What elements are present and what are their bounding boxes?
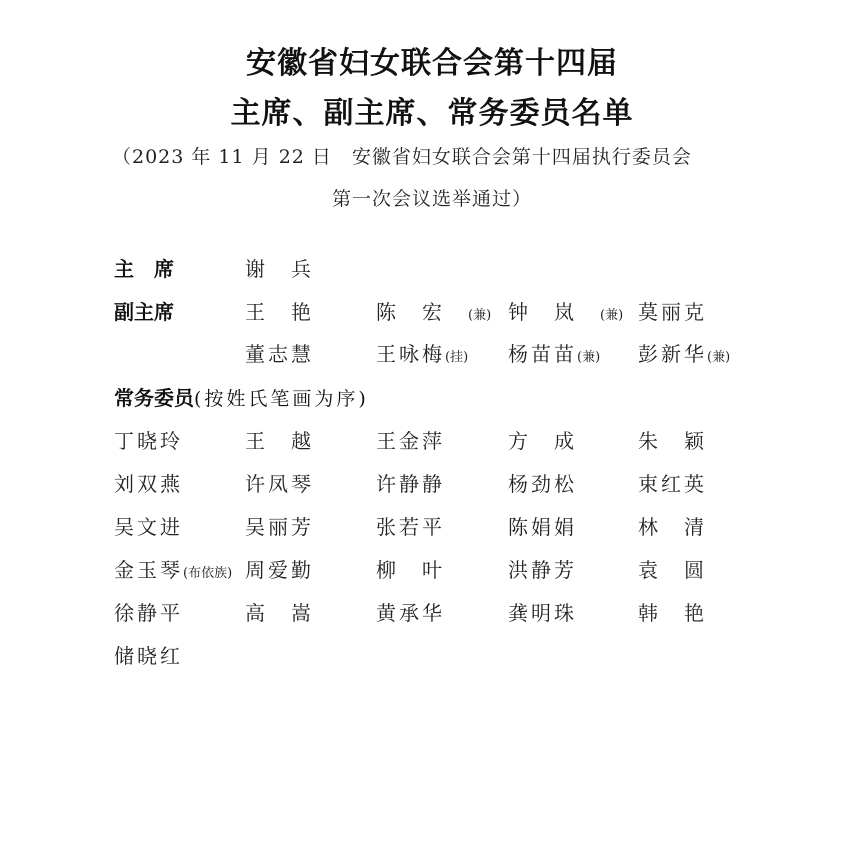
person-tag: (兼) (707, 350, 730, 365)
person-name: 林清 (638, 511, 730, 540)
person-name: 张若平 (376, 511, 445, 540)
standing-committee-title: 常务委员 (114, 386, 194, 410)
person-name: 吴文进 (114, 511, 183, 540)
person-name: 莫丽克 (638, 296, 707, 325)
person-name: 高嵩 (245, 597, 337, 626)
person-name: 朱颖 (638, 425, 730, 454)
person-name: 徐静平 (114, 597, 183, 626)
person-name-text: 储晓红 (114, 644, 183, 668)
person-name: 许凤琴 (245, 468, 314, 497)
person-name-text: 彭新华 (638, 342, 707, 366)
person-name-text: 许静静 (376, 472, 445, 496)
person-name: 韩艳 (638, 597, 730, 626)
person-name: 陈娟娟 (508, 511, 577, 540)
chairman-label: 主 席 (114, 253, 174, 282)
person-name-text: 林清 (638, 515, 730, 539)
person-name: 王艳 (245, 296, 337, 325)
person-name-text: 王咏梅 (376, 342, 445, 366)
person-name: 钟岚(兼) (508, 296, 623, 325)
person-tag: (布依族) (183, 566, 232, 581)
chairman-name: 谢兵 (245, 253, 337, 282)
person-name-text: 吴文进 (114, 515, 183, 539)
person-name-text: 董志慧 (245, 342, 314, 366)
person-name-text: 高嵩 (245, 601, 337, 625)
person-name-text: 束红英 (638, 472, 707, 496)
person-name-text: 丁晓玲 (114, 429, 183, 453)
person-name-text: 韩艳 (638, 601, 730, 625)
standing-committee-label: 常务委员(按姓氏笔画为序) (114, 382, 369, 411)
person-name: 丁晓玲 (114, 425, 183, 454)
person-name-text: 杨苗苗 (508, 342, 577, 366)
person-tag: (兼) (577, 350, 600, 365)
person-name-text: 钟岚 (508, 300, 600, 324)
person-name: 董志慧 (245, 338, 314, 367)
person-name-text: 陈宏 (376, 300, 468, 324)
person-tag: (挂) (445, 350, 468, 365)
person-name: 王咏梅(挂) (376, 338, 468, 367)
document-title-line2: 主席、副主席、常务委员名单 (0, 88, 864, 132)
person-name-text: 朱颖 (638, 429, 730, 453)
person-name-text: 王金萍 (376, 429, 445, 453)
person-name: 王越 (245, 425, 337, 454)
person-name: 金玉琴(布依族) (114, 554, 232, 583)
person-name-text: 许凤琴 (245, 472, 314, 496)
person-name: 袁圆 (638, 554, 730, 583)
person-name-text: 黄承华 (376, 601, 445, 625)
document-subtitle-line1: （2023 年 11 月 22 日 安徽省妇女联合会第十四届执行委员会 (112, 142, 692, 169)
person-name-text: 徐静平 (114, 601, 183, 625)
person-name-text: 杨劲松 (508, 472, 577, 496)
person-name: 方成 (508, 425, 600, 454)
person-name-text: 张若平 (376, 515, 445, 539)
vice-chairmen-label: 副主席 (114, 296, 174, 325)
person-tag: (兼) (600, 308, 623, 323)
person-name: 杨苗苗(兼) (508, 338, 600, 367)
standing-committee-note: (按姓氏笔画为序) (194, 388, 369, 410)
person-name-text: 金玉琴 (114, 558, 183, 582)
person-name-text: 王艳 (245, 300, 337, 324)
person-name-text: 周爱勤 (245, 558, 314, 582)
person-name: 吴丽芳 (245, 511, 314, 540)
person-name: 洪静芳 (508, 554, 577, 583)
document-subtitle-line2: 第一次会议选举通过） (0, 184, 864, 211)
person-name: 黄承华 (376, 597, 445, 626)
person-name: 周爱勤 (245, 554, 314, 583)
person-name-text: 袁圆 (638, 558, 730, 582)
person-name: 陈宏(兼) (376, 296, 491, 325)
person-name-text: 柳叶 (376, 558, 468, 582)
person-name: 杨劲松 (508, 468, 577, 497)
person-name: 储晓红 (114, 640, 183, 669)
person-name-text: 洪静芳 (508, 558, 577, 582)
document-title-line1: 安徽省妇女联合会第十四届 (0, 38, 864, 82)
person-name: 柳叶 (376, 554, 468, 583)
person-name: 刘双燕 (114, 468, 183, 497)
person-name: 彭新华(兼) (638, 338, 730, 367)
person-name-text: 王越 (245, 429, 337, 453)
person-name-text: 莫丽克 (638, 300, 707, 324)
person-name-text: 龚明珠 (508, 601, 577, 625)
person-name: 束红英 (638, 468, 707, 497)
person-name-text: 刘双燕 (114, 472, 183, 496)
person-name: 龚明珠 (508, 597, 577, 626)
person-name-text: 吴丽芳 (245, 515, 314, 539)
person-name-text: 方成 (508, 429, 600, 453)
person-name: 王金萍 (376, 425, 445, 454)
person-name-text: 陈娟娟 (508, 515, 577, 539)
person-tag: (兼) (468, 308, 491, 323)
person-name: 许静静 (376, 468, 445, 497)
